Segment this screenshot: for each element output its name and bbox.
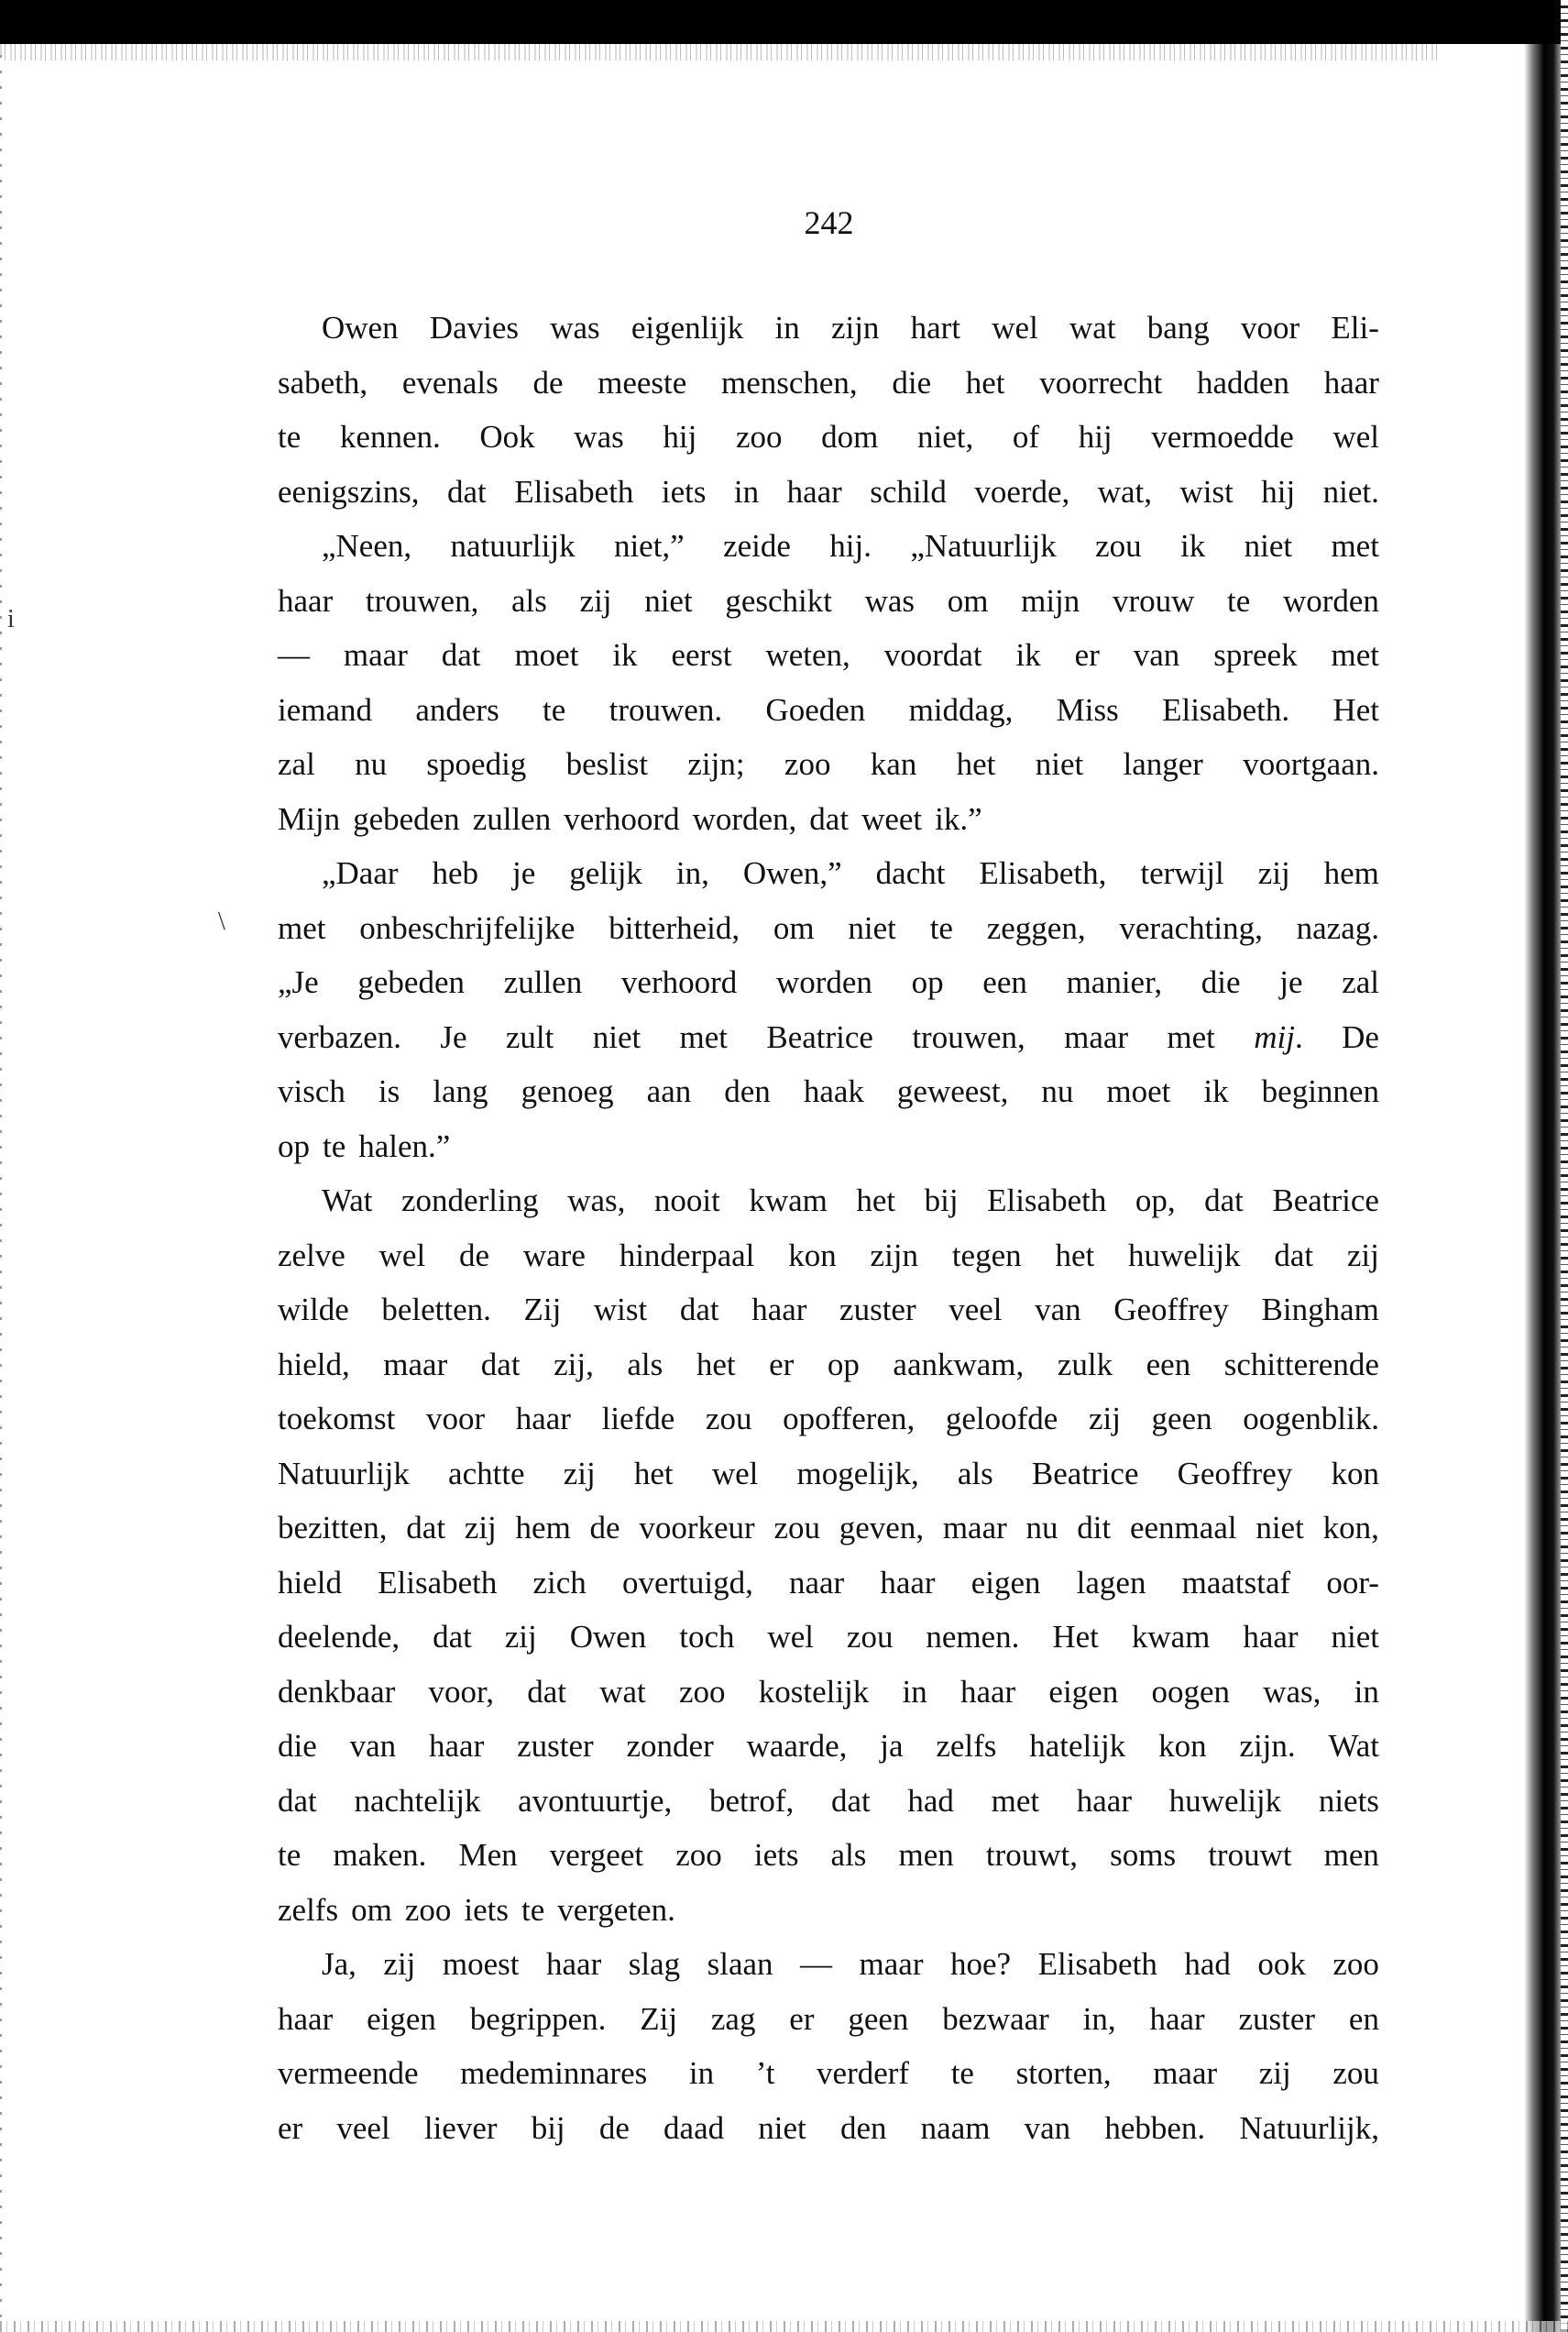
word: wist — [594, 1282, 647, 1337]
word: hem — [516, 1501, 571, 1556]
word: nu — [355, 737, 387, 792]
word: ’t — [756, 2046, 775, 2101]
text-line: hield,maardatzij,alsheteropaankwam,zulke… — [278, 1337, 1379, 1392]
word: in — [1354, 1665, 1379, 1720]
word: zoo — [1332, 1937, 1379, 1992]
word: worden — [1283, 574, 1379, 629]
word: overtuigd, — [622, 1556, 753, 1611]
word: geen — [848, 1992, 908, 2047]
word: met — [1167, 1010, 1214, 1065]
word: haar — [880, 1556, 935, 1611]
word: met — [1331, 519, 1378, 574]
page-gutter-shadow — [1524, 44, 1561, 2332]
word: „Neen, — [322, 519, 411, 574]
word: in, — [676, 846, 709, 901]
word: ik — [1203, 1064, 1228, 1119]
word: hinderpaal — [620, 1228, 755, 1283]
word: eigenlijk — [631, 301, 743, 356]
word: meeste — [598, 356, 686, 411]
word: begrippen. — [470, 1992, 607, 2047]
word: Miss — [1057, 683, 1119, 738]
word: vermoedde — [1151, 410, 1293, 465]
text-line: Watzonderlingwas,nooitkwamhetbijElisabet… — [278, 1173, 1379, 1228]
word: van — [1035, 1282, 1081, 1337]
word: de — [459, 1228, 489, 1283]
word: trouwen, — [366, 574, 478, 629]
word: kwam — [749, 1173, 828, 1228]
word: bitterheid, — [609, 901, 740, 956]
word: geloofde — [946, 1391, 1058, 1446]
word: hield — [278, 1556, 342, 1611]
word: sabeth, — [278, 356, 367, 411]
word: niet — [848, 901, 895, 956]
word: in — [734, 465, 759, 520]
word: slaan — [707, 1937, 773, 1992]
word: oogenblik. — [1243, 1391, 1379, 1446]
word: menschen, — [721, 356, 858, 411]
word: het — [856, 1173, 895, 1228]
word: onbeschrijfelijke — [359, 901, 575, 956]
word: moet — [1106, 1064, 1170, 1119]
word: kan — [871, 737, 917, 792]
word: te — [543, 683, 565, 738]
word: moest — [443, 1937, 520, 1992]
word: haar — [1243, 1610, 1298, 1665]
word: beletten. — [381, 1282, 491, 1337]
word: een — [1146, 1337, 1191, 1392]
text-line: Mijngebedenzullenverhoordworden,datweeti… — [278, 792, 1379, 847]
word: niet. — [1323, 465, 1379, 520]
word: zuster — [1239, 1992, 1316, 2047]
word: gelijk — [569, 846, 642, 901]
word: vergeet — [550, 1828, 643, 1883]
word: om — [773, 901, 815, 956]
word: verbazen. — [278, 1010, 401, 1065]
word: het — [966, 356, 1005, 411]
word: dat — [481, 1337, 521, 1392]
word: zal — [1342, 955, 1379, 1010]
word: den — [724, 1064, 771, 1119]
word: in — [689, 2046, 714, 2101]
word: zij — [1347, 1228, 1379, 1283]
word: voor, — [428, 1665, 494, 1720]
word: zelve — [278, 1228, 345, 1283]
scan-top-border — [0, 0, 1568, 44]
word: er — [278, 2101, 302, 2156]
word: verderf — [817, 2046, 909, 2101]
word: halen.” — [358, 1119, 450, 1174]
text-line: iemandanderstetrouwen.Goedenmiddag,MissE… — [278, 683, 1379, 738]
margin-mark: \ — [218, 907, 225, 937]
text-line: optehalen.” — [278, 1119, 1379, 1174]
text-line: zelveweldewarehinderpaalkonzijntegenheth… — [278, 1228, 1379, 1283]
word: was — [550, 301, 599, 356]
word: Je — [440, 1010, 466, 1065]
word: dat — [433, 1610, 472, 1665]
word: haar — [1324, 356, 1379, 411]
body-text: OwenDavieswaseigenlijkinzijnhartwelwatba… — [278, 301, 1379, 2155]
word: evenals — [402, 356, 499, 411]
word: dat — [680, 1282, 719, 1337]
word: en — [1349, 1992, 1379, 2047]
page-bottom-edge — [0, 2321, 1568, 2332]
word: mij. — [1254, 1010, 1302, 1065]
word: Zij — [523, 1282, 561, 1337]
word: Het — [1052, 1610, 1099, 1665]
word: de — [599, 2101, 630, 2156]
word: toch — [679, 1610, 734, 1665]
word: te — [323, 1119, 345, 1174]
word: worden, — [693, 792, 797, 847]
text-line: vermeendemedeminnaresin’tverderftestorte… — [278, 2046, 1379, 2101]
word: zij — [564, 1446, 596, 1501]
word: maar — [860, 1937, 924, 1992]
word: schitterende — [1224, 1337, 1379, 1392]
word: van — [350, 1719, 397, 1774]
word: je — [1279, 955, 1302, 1010]
word: bij — [925, 1173, 959, 1228]
word: eenigszins, — [278, 465, 420, 520]
word: op — [278, 1119, 310, 1174]
word: Bingham — [1262, 1282, 1379, 1337]
word: hij. — [829, 519, 872, 574]
word: dat — [1204, 1173, 1244, 1228]
word: te — [278, 410, 301, 465]
word: te — [278, 1828, 301, 1883]
word: dat — [527, 1665, 566, 1720]
word: Elisabeth — [378, 1556, 497, 1611]
word: naam — [921, 2101, 991, 2156]
word: kon, — [1323, 1501, 1379, 1556]
word: hoe? — [950, 1937, 1011, 1992]
word: dat — [809, 792, 849, 847]
word: nachtelijk — [354, 1774, 480, 1829]
word: Elisabeth — [987, 1173, 1106, 1228]
word: zal — [278, 737, 315, 792]
word: tegen — [952, 1228, 1022, 1283]
word: men — [899, 1828, 954, 1883]
word: kon — [1332, 1446, 1380, 1501]
word: zeide — [723, 519, 791, 574]
word: wel — [767, 1610, 814, 1665]
text-line: toekomstvoorhaarliefdezouopofferen,geloo… — [278, 1391, 1379, 1446]
text-line: haareigenbegrippen.Zijzagergeenbezwaarin… — [278, 1992, 1379, 2047]
word: niet, — [917, 410, 973, 465]
word: niet — [593, 1010, 641, 1065]
word: dat — [442, 628, 481, 683]
text-line: hieldElisabethzichovertuigd,naarhaareige… — [278, 1556, 1379, 1611]
word: eigen — [1048, 1665, 1118, 1720]
text-line: eenigszins,datElisabethietsinhaarschildv… — [278, 465, 1379, 520]
word: bezwaar — [942, 1992, 1049, 2047]
word: iets — [754, 1828, 799, 1883]
word: het — [957, 737, 996, 792]
word: zij — [1258, 846, 1290, 901]
word: zijn; — [687, 737, 744, 792]
word: om — [351, 1883, 392, 1938]
word: die — [278, 1719, 317, 1774]
word: — — [278, 628, 310, 683]
word: er — [769, 1337, 794, 1392]
word: eigen — [367, 1992, 436, 2047]
word: nooit — [654, 1173, 720, 1228]
word: moet — [514, 628, 578, 683]
word: het — [696, 1337, 736, 1392]
word: gebeden — [353, 792, 460, 847]
word: Goeden — [765, 683, 865, 738]
word: beginnen — [1262, 1064, 1379, 1119]
word: zoo — [679, 1665, 726, 1720]
word: mijn — [1021, 574, 1080, 629]
word: maar — [943, 1501, 1007, 1556]
word: maken. — [333, 1828, 426, 1883]
word: zich — [533, 1556, 587, 1611]
word: haar — [960, 1665, 1015, 1720]
word: het — [1055, 1228, 1094, 1283]
word: oogen — [1151, 1665, 1230, 1720]
word: zelfs — [936, 1719, 996, 1774]
text-line: zelfsomzooietstevergeten. — [278, 1883, 1379, 1938]
word: haar — [787, 465, 842, 520]
word: dit — [1077, 1501, 1111, 1556]
word: vergeten. — [557, 1883, 675, 1938]
word: zoo — [405, 1883, 452, 1938]
word: lagen — [1077, 1556, 1146, 1611]
word: „Je — [278, 955, 319, 1010]
word: Beatrice — [1032, 1446, 1139, 1501]
word: Zij — [640, 1992, 677, 2047]
word: trouwen. — [609, 683, 722, 738]
word: je — [512, 846, 535, 901]
word: deelende, — [278, 1610, 400, 1665]
word: op — [828, 1337, 860, 1392]
word: ja — [880, 1719, 903, 1774]
word: geven, — [839, 1501, 924, 1556]
word: — — [800, 1937, 832, 1992]
word: waarde, — [747, 1719, 848, 1774]
word: geschikt — [725, 574, 832, 629]
word: geen — [1152, 1391, 1212, 1446]
word: haar — [1149, 1992, 1204, 2047]
word: zeggen, — [987, 901, 1086, 956]
text-line: „Jegebedenzullenverhoordwordenopeenmanie… — [278, 955, 1379, 1010]
word: was — [574, 410, 623, 465]
word: Elisabeth — [514, 465, 633, 520]
word: wat — [1069, 301, 1116, 356]
word: mogelijk, — [797, 1446, 919, 1501]
word: die — [1201, 955, 1241, 1010]
text-line: zalnuspoedigbeslistzijn;zookanhetnietlan… — [278, 737, 1379, 792]
word: aan — [647, 1064, 692, 1119]
text-line: „Daarhebjegelijkin,Owen,”dachtElisabeth,… — [278, 846, 1379, 901]
word: geweest, — [897, 1064, 1008, 1119]
word: ik — [612, 628, 637, 683]
word: voorrecht — [1039, 356, 1162, 411]
word: zij — [505, 1610, 537, 1665]
word: eigen — [971, 1556, 1041, 1611]
word: zuster — [517, 1719, 594, 1774]
word: schild — [870, 465, 947, 520]
word: Geoffrey — [1178, 1446, 1293, 1501]
word: zag — [711, 1992, 756, 2047]
word: in, — [1083, 1992, 1116, 2047]
word: verachting, — [1119, 901, 1262, 956]
word: Elisabeth. — [1162, 683, 1289, 738]
word: als — [511, 574, 547, 629]
word: toekomst — [278, 1391, 395, 1446]
word: Owen — [322, 301, 399, 356]
word: naar — [789, 1556, 844, 1611]
word: heb — [433, 846, 479, 901]
word: was, — [567, 1173, 625, 1228]
emphasized-word: mij — [1254, 1010, 1295, 1065]
word: zuster — [839, 1282, 916, 1337]
word: haar — [278, 1992, 333, 2047]
text-line: bezitten,datzijhemdevoorkeurzougeven,maa… — [278, 1501, 1379, 1556]
word: opofferen, — [783, 1391, 915, 1446]
text-line: sabeth,evenalsdemeestemenschen,diehetvoo… — [278, 356, 1379, 411]
word: dat — [1274, 1228, 1313, 1283]
word: wat — [599, 1665, 646, 1720]
word: ook — [1257, 1937, 1306, 1992]
word: er — [1075, 628, 1100, 683]
word: in — [775, 301, 800, 356]
word: natuurlijk — [451, 519, 576, 574]
page-right-edge — [1561, 0, 1568, 2332]
word: iets — [662, 465, 707, 520]
word: zij, — [554, 1337, 594, 1392]
word: spoedig — [426, 737, 526, 792]
word: haar — [1077, 1774, 1132, 1829]
word: hem — [1324, 846, 1379, 901]
text-line: haartrouwen,alszijnietgeschiktwasommijnv… — [278, 574, 1379, 629]
word: de — [590, 1501, 620, 1556]
word: een — [982, 955, 1027, 1010]
word: met — [680, 1010, 728, 1065]
word: ware — [523, 1228, 586, 1283]
word: was — [865, 574, 915, 629]
word: anders — [415, 683, 499, 738]
word: zult — [506, 1010, 554, 1065]
word: zoo — [736, 410, 783, 465]
word: iemand — [278, 683, 372, 738]
word: te — [1227, 574, 1250, 629]
word: het — [634, 1446, 674, 1501]
word: ik.” — [935, 792, 982, 847]
word: wilde — [278, 1282, 349, 1337]
word: niet,” — [614, 519, 685, 574]
word: zulk — [1058, 1337, 1113, 1392]
word: haar — [546, 1937, 601, 1992]
word: eerst — [671, 628, 731, 683]
word: dat — [831, 1774, 871, 1829]
word: beslist — [566, 737, 648, 792]
word: hatelijk — [1029, 1719, 1125, 1774]
word: is — [378, 1064, 400, 1119]
word: te — [951, 2046, 974, 2101]
word: den — [840, 2101, 887, 2156]
word: voortgaan. — [1243, 737, 1379, 792]
word: weten, — [765, 628, 850, 683]
word: zij — [383, 1937, 415, 1992]
text-line: temaken.Menvergeetzooietsalsmentrouwt,so… — [278, 1828, 1379, 1883]
word: kon — [788, 1228, 837, 1283]
word: zijn — [871, 1228, 918, 1283]
word: Elisabeth, — [979, 846, 1106, 901]
word: zijn — [831, 301, 879, 356]
word: soms — [1110, 1828, 1176, 1883]
word: van — [1134, 628, 1180, 683]
word: storten, — [1016, 2046, 1112, 2101]
text-line: vischislanggenoegaandenhaakgeweest,numoe… — [278, 1064, 1379, 1119]
text-line: tekennen.Ookwashijzoodomniet,ofhijvermoe… — [278, 410, 1379, 465]
word: zelfs — [278, 1883, 338, 1938]
word: dat — [447, 465, 487, 520]
word: oor- — [1326, 1556, 1379, 1611]
word: de — [532, 356, 563, 411]
word: huwelijk — [1169, 1774, 1281, 1829]
word: maar — [1153, 2046, 1217, 2101]
word: hadden — [1197, 356, 1289, 411]
word: hart — [911, 301, 960, 356]
text-line: datnachtelijkavontuurtje,betrof,dathadme… — [278, 1774, 1379, 1829]
text-line: —maardatmoetikeerstweten,voordatikervans… — [278, 628, 1379, 683]
word: langer — [1124, 737, 1203, 792]
word: trouwt, — [986, 1828, 1078, 1883]
word: zullen — [504, 955, 583, 1010]
word: dat — [406, 1501, 445, 1556]
word: als — [627, 1337, 663, 1392]
word: Men — [459, 1828, 518, 1883]
word: slag — [629, 1937, 680, 1992]
word: die — [892, 356, 931, 411]
page-number: 242 — [0, 203, 1568, 242]
word: niet — [1332, 1610, 1379, 1665]
word: visch — [278, 1064, 345, 1119]
word: huwelijk — [1128, 1228, 1240, 1283]
word: bezitten, — [278, 1501, 388, 1556]
word: maar — [1064, 1010, 1128, 1065]
word: Wat — [1328, 1719, 1379, 1774]
word: zonderling — [401, 1173, 539, 1228]
word: maar — [383, 1337, 447, 1392]
word: te — [521, 1883, 544, 1938]
word: op — [912, 955, 944, 1010]
word: zij — [1089, 1391, 1121, 1446]
text-line: metonbeschrijfelijkebitterheid,omniettez… — [278, 901, 1379, 956]
word: kostelijk — [759, 1665, 870, 1720]
word: wel — [1332, 410, 1379, 465]
text-line: wildebeletten.Zijwistdathaarzusterveelva… — [278, 1282, 1379, 1337]
word: wist — [1179, 465, 1233, 520]
word: achtte — [448, 1446, 525, 1501]
word: denkbaar — [278, 1665, 395, 1720]
text-line: denkbaarvoor,datwatzookostelijkinhaareig… — [278, 1665, 1379, 1720]
word: niets — [1319, 1774, 1379, 1829]
word: nemen. — [926, 1610, 1019, 1665]
word: ik — [1180, 519, 1205, 574]
text-line: Ja,zijmoesthaarslagslaan—maarhoe?Elisabe… — [278, 1937, 1379, 1992]
word: vrouw — [1113, 574, 1194, 629]
word: Davies — [430, 301, 519, 356]
word: liever — [424, 2101, 498, 2156]
word: De — [1342, 1010, 1379, 1065]
word: zijn. — [1239, 1719, 1295, 1774]
word: Ook — [479, 410, 534, 465]
word: Owen — [570, 1610, 647, 1665]
word: zou — [847, 1610, 894, 1665]
word: Elisabeth — [1038, 1937, 1157, 1992]
